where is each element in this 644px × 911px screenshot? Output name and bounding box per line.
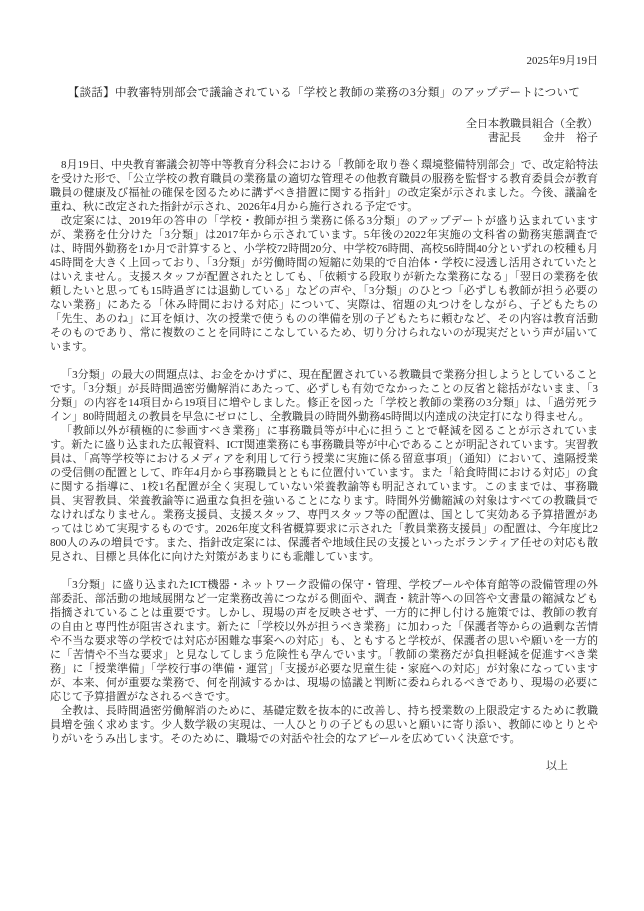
organization-name: 全日本教職員組合（全教） [50,117,598,131]
paragraph-1: 8月19日、中央教育審議会初等中等教育分科会における「教師を取り巻く環境整備特別… [50,158,598,214]
signer-name: 書記長 金井 裕子 [50,131,598,145]
document-body: 8月19日、中央教育審議会初等中等教育分科会における「教師を取り巻く環境整備特別… [50,158,598,746]
paragraph-3: 「3分類」の最大の問題点は、お金をかけずに、現在配置されている教職員で業務分担し… [50,368,598,424]
paragraph-6: 全教は、長時間過密労働解消のために、基礎定数を抜本的に改善し、持ち授業数の上限設… [50,704,598,746]
document-page: 2025年9月19日 【談話】中教審特別部会で議論されている「学校と教師の業務の… [0,0,644,911]
document-date: 2025年9月19日 [50,54,598,68]
closing-mark: 以上 [50,759,598,773]
paragraph-4: 「教師以外が積極的に参画すべき業務」に事務職員等が中心に担うことで軽減を図ること… [50,424,598,564]
document-title: 【談話】中教審特別部会で議論されている「学校と教師の業務の3分類」のアップデート… [50,86,598,100]
paragraph-5: 「3分類」に盛り込まれたICT機器・ネットワーク設備の保守・管理、学校プールや体… [50,578,598,704]
author-block: 全日本教職員組合（全教） 書記長 金井 裕子 [50,117,598,145]
paragraph-2: 改定案には、2019年の答申の「学校・教師が担う業務に係る3分類」のアップデート… [50,214,598,354]
